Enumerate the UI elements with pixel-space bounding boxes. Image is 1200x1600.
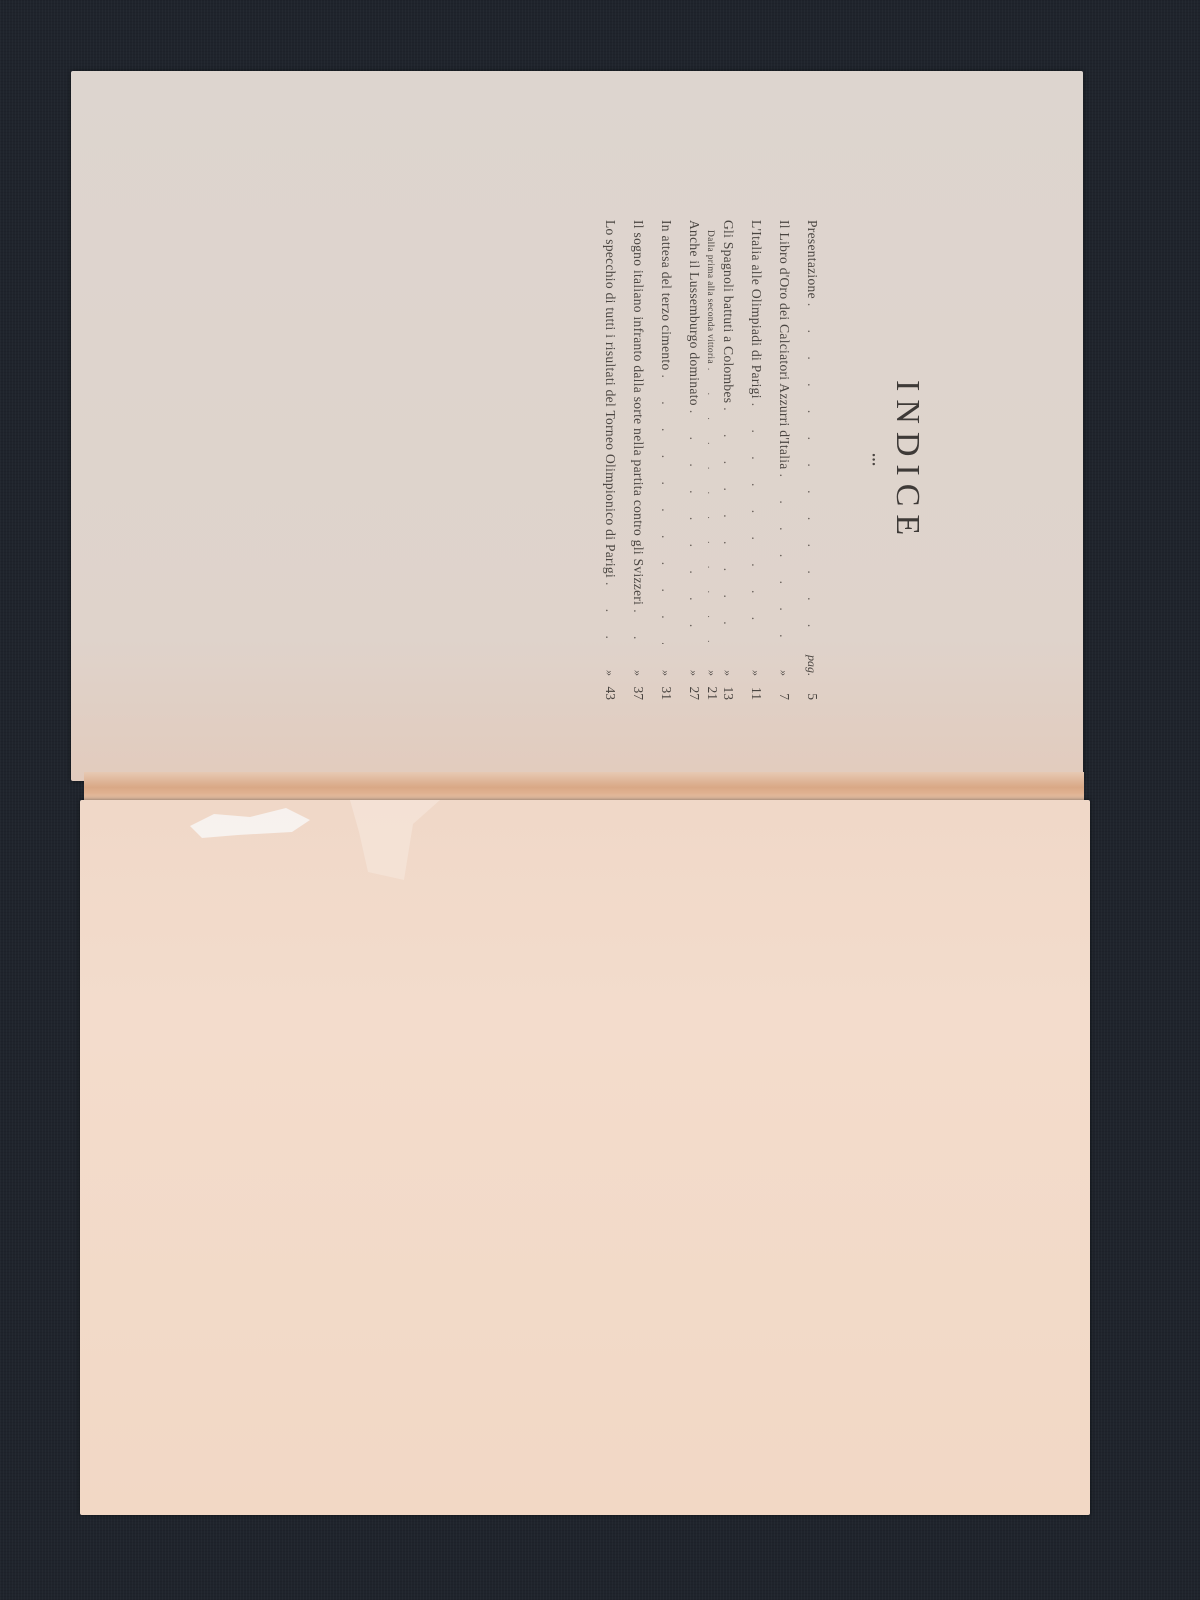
page-number: 43 xyxy=(602,676,618,700)
leader-dots xyxy=(720,403,736,644)
page-number: 11 xyxy=(748,676,764,700)
toc-subentry[interactable]: Dalla prima alla seconda vittoria » 21 xyxy=(706,220,720,700)
page-prefix: » xyxy=(720,644,735,676)
index-content: INDICE ••• Presentazione pag. 5 Il Libro… xyxy=(470,220,930,700)
page-prefix: » xyxy=(748,644,763,676)
ornament: ••• xyxy=(867,450,878,470)
toc-entry[interactable]: Il sogno italiano infranto dalla sorte n… xyxy=(618,220,646,700)
page-prefix: » xyxy=(686,644,701,676)
toc-entry[interactable]: In attesa del terzo cimento » 31 xyxy=(646,220,674,700)
page-number: 31 xyxy=(658,676,674,700)
table-of-contents: Presentazione pag. 5 Il Libro d'Oro dei … xyxy=(590,220,820,700)
toc-entry-title: Il Libro d'Oro dei Calciatori Azzurri d'… xyxy=(776,220,792,470)
page-prefix: » xyxy=(658,644,673,676)
toc-entry[interactable]: Il Libro d'Oro dei Calciatori Azzurri d'… xyxy=(764,220,792,700)
page-number: 7 xyxy=(776,676,792,700)
paper-tear xyxy=(350,800,440,880)
leader-dots xyxy=(748,399,764,644)
toc-entry-title: In attesa del terzo cimento xyxy=(658,220,674,371)
leader-dots xyxy=(602,578,618,644)
leader-dots xyxy=(658,371,674,644)
toc-entry[interactable]: L'Italia alle Olimpiadi di Parigi » 11 xyxy=(736,220,764,700)
page-prefix: » xyxy=(776,644,791,676)
toc-entry[interactable]: Presentazione pag. 5 xyxy=(792,220,820,700)
toc-entry[interactable]: Lo specchio di tutti i risultati del Tor… xyxy=(590,220,618,700)
leader-dots xyxy=(686,406,702,644)
toc-entry-title: L'Italia alle Olimpiadi di Parigi xyxy=(748,220,764,399)
page-number: 37 xyxy=(630,676,646,700)
toc-entry-title: Anche il Lussemburgo dominato xyxy=(686,220,702,406)
page-prefix: » xyxy=(630,644,645,676)
index-title: INDICE xyxy=(888,380,926,540)
toc-entry-title: Lo specchio di tutti i risultati del Tor… xyxy=(602,220,618,578)
leader-dots xyxy=(804,299,820,644)
blank-facing-page xyxy=(80,800,1090,1515)
leader-dots xyxy=(630,605,646,644)
page-number: 13 xyxy=(720,676,736,700)
toc-entry-title: Dalla prima alla seconda vittoria xyxy=(705,230,715,364)
page-prefix: » xyxy=(704,644,719,676)
page-prefix: pag. xyxy=(804,644,819,676)
page-number: 21 xyxy=(704,676,720,700)
paper-tear xyxy=(190,808,310,838)
toc-entry-title: Il sogno italiano infranto dalla sorte n… xyxy=(630,220,646,605)
toc-entry[interactable]: Anche il Lussemburgo dominato » 27 xyxy=(674,220,702,700)
page-prefix: » xyxy=(602,644,617,676)
toc-entry-title: Presentazione xyxy=(804,220,820,299)
leader-dots xyxy=(705,364,715,644)
leader-dots xyxy=(776,470,792,644)
toc-entry-title: Gli Spagnoli battuti a Colombes xyxy=(720,220,736,403)
page-number: 27 xyxy=(686,676,702,700)
page-number: 5 xyxy=(804,676,820,700)
